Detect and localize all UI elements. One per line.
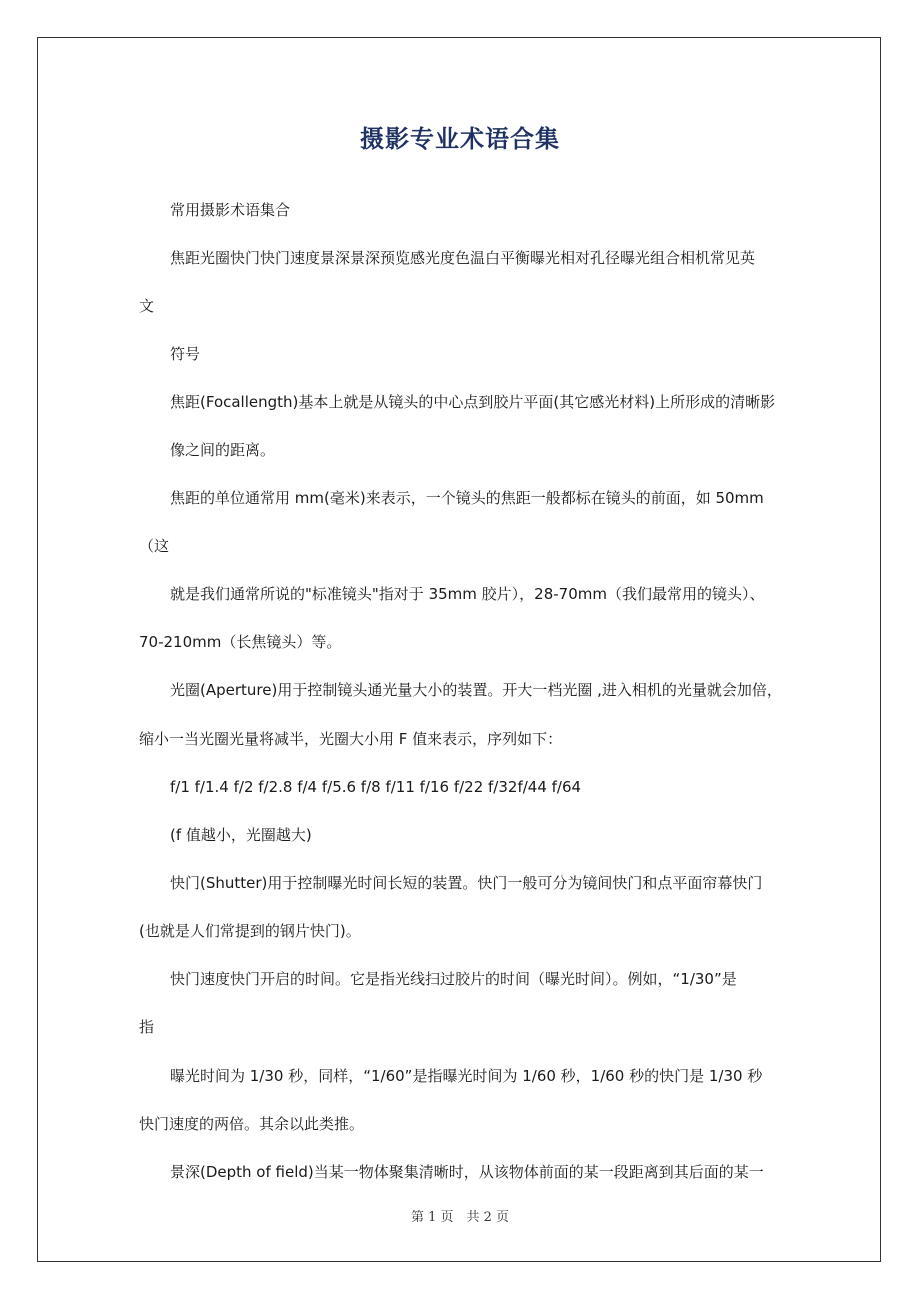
paragraph-line: 符号 [170,344,200,364]
paragraph-line: 快门(Shutter)用于控制曝光时间长短的装置。快门一般可分为镜间快门和点平面… [170,873,762,893]
paragraph-line: 70-210mm（长焦镜头）等。 [139,632,341,652]
paragraph-line: 指 [139,1017,154,1037]
paragraph-line: 光圈(Aperture)用于控制镜头通光量大小的装置。开大一档光圈 ,进入相机的… [170,680,782,700]
paragraph-line: (也就是人们常提到的钢片快门)。 [139,921,361,941]
paragraph-line: 焦距的单位通常用 mm(毫米)来表示，一个镜头的焦距一般都标在镜头的前面，如 5… [170,488,764,508]
paragraph-line: 像之间的距离。 [170,440,275,460]
paragraph-line: 缩小一当光圈光量将减半，光圈大小用 F 值来表示，序列如下： [139,729,562,749]
page-footer: 第 1 页 共 2 页 [0,1206,920,1225]
paragraph-line: 文 [139,296,154,316]
paragraph-line: 就是我们通常所说的"标准镜头"指对于 35mm 胶片），28-70mm（我们最常… [170,584,764,604]
paragraph-line: 焦距光圈快门快门速度景深景深预览感光度色温白平衡曝光相对孔径曝光组合相机常见英 [170,248,755,268]
paragraph-line: f/1 f/1.4 f/2 f/2.8 f/4 f/5.6 f/8 f/11 f… [170,777,581,797]
paragraph-line: 焦距(Focallength)基本上就是从镜头的中心点到胶片平面(其它感光材料)… [170,392,775,412]
paragraph-line: 景深(Depth of field)当某一物体聚集清晰时，从该物体前面的某一段距… [170,1162,764,1182]
document-title: 摄影专业术语合集 [0,119,920,154]
paragraph-line: （这 [139,536,169,556]
paragraph-line: 常用摄影术语集合 [170,200,290,220]
paragraph-line: 快门速度的两倍。其余以此类推。 [139,1114,364,1134]
paragraph-line: 快门速度快门开启的时间。它是指光线扫过胶片的时间（曝光时间）。例如，“1/30”… [170,969,737,989]
paragraph-line: 曝光时间为 1/30 秒，同样，“1/60”是指曝光时间为 1/60 秒，1/6… [170,1066,762,1086]
paragraph-line: (f 值越小，光圈越大) [170,825,312,845]
